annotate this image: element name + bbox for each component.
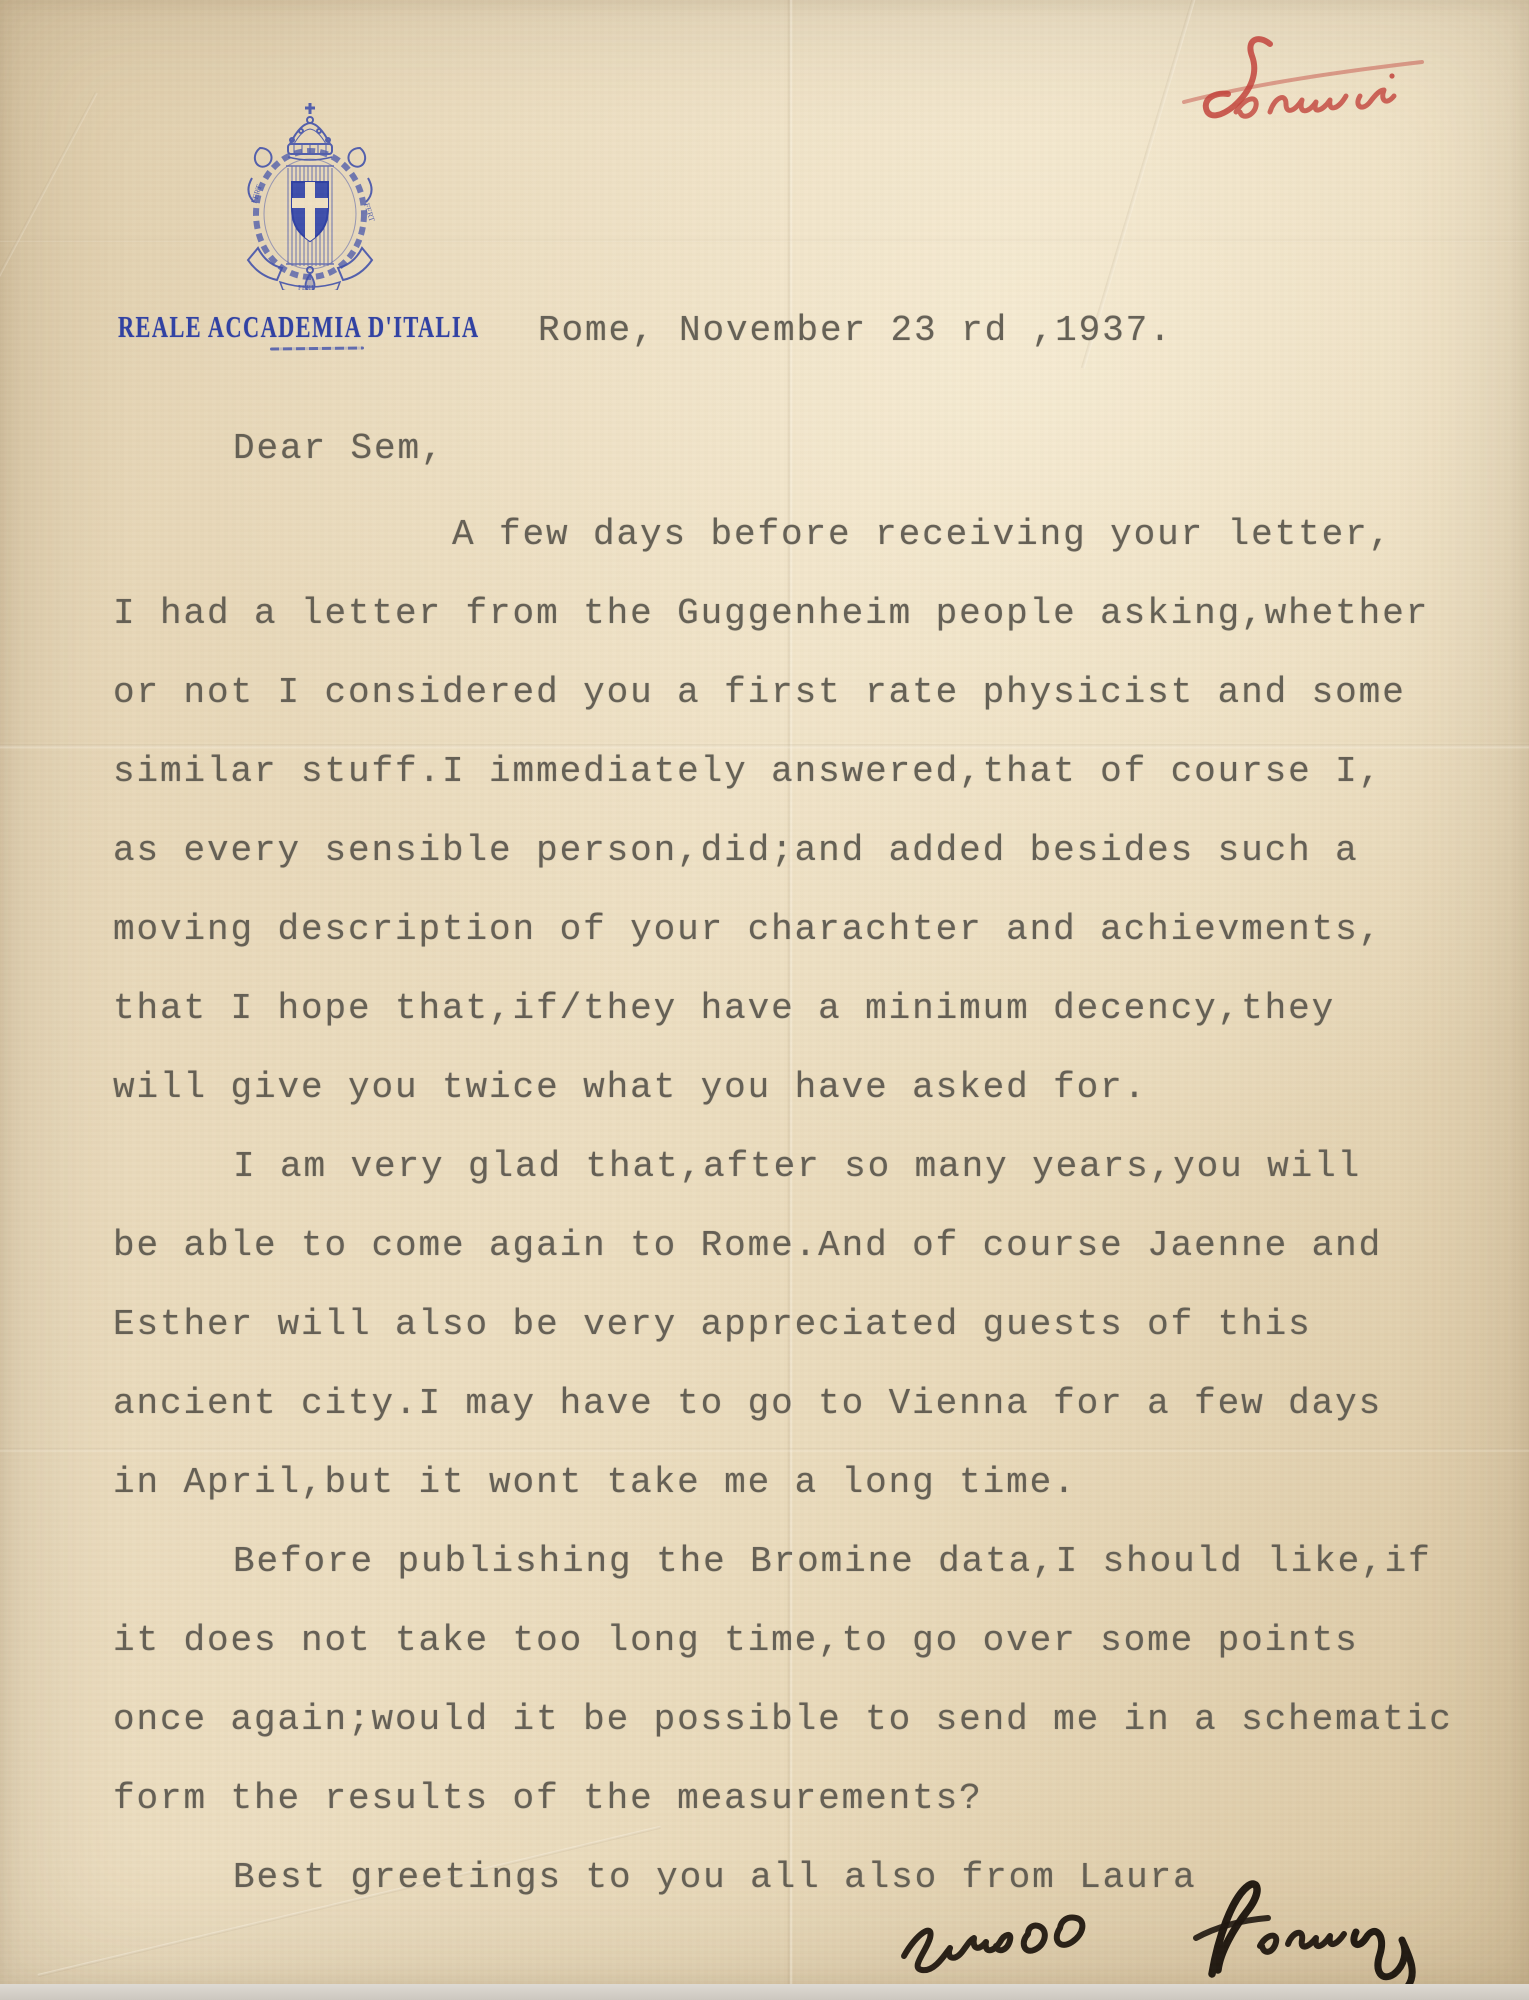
letterhead-institution: REALE ACCADEMIA D'ITALIA [118,309,480,345]
paper-bottom-edge [0,1984,1529,2000]
letterhead-flourish [270,347,364,351]
letter-line: I had a letter from the Guggenheim peopl… [113,593,1503,672]
letter-line: Esther will also be very appreciated gue… [113,1304,1503,1383]
letter-line: form the results of the measurements? [113,1778,1503,1857]
body-lines: A few days before receiving your letter,… [113,514,1503,1936]
letter-line: I am very glad that,after so many years,… [113,1146,1503,1225]
letter-line: Before publishing the Bromine data,I sho… [113,1541,1503,1620]
letter-line: ancient city.I may have to go to Vienna … [113,1383,1503,1462]
letter-line: moving description of your charachter an… [113,909,1503,988]
royal-crest-icon: FERT FERT FERT [230,100,390,290]
letter-line: as every sensible person,did;and added b… [113,830,1503,909]
letter-line: it does not take too long time,to go ove… [113,1620,1503,1699]
letter-line: in April,but it wont take me a long time… [113,1462,1503,1541]
letter-line: similar stuff.I immediately answered,tha… [113,751,1503,830]
letter-line: that I hope that,if/they have a minimum … [113,988,1503,1067]
dateline: Rome, November 23 rd ,1937. [538,310,1173,351]
letter-paper: FERT FERT FERT REALE ACCADEMIA D'ITALIA … [0,0,1529,1984]
letter-line: or not I considered you a first rate phy… [113,672,1503,751]
fold-crease-diagonal-top-left [0,92,98,327]
signature-enrico-fermi [878,1876,1438,1996]
salutation: Dear Sem, [233,428,445,469]
letter-line: once again;would it be possible to send … [113,1699,1503,1778]
letter-line: will give you twice what you have asked … [113,1067,1503,1146]
letter-line: be able to come again to Rome.And of cou… [113,1225,1503,1304]
letter-line: A few days before receiving your letter, [113,514,1503,593]
red-pencil-annotation [1178,32,1428,144]
svg-text:FERT: FERT [298,284,315,290]
svg-text:FERT: FERT [249,184,263,205]
letter-photo: FERT FERT FERT REALE ACCADEMIA D'ITALIA … [0,0,1529,2000]
